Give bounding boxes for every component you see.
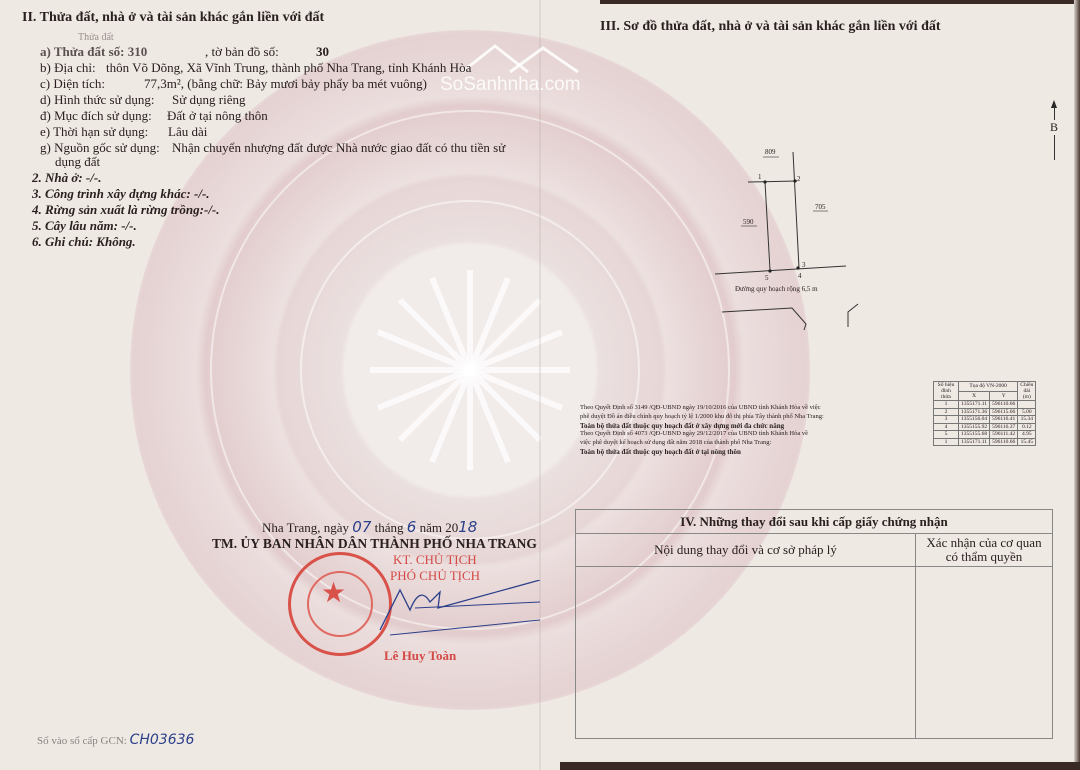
item-planted-forest: 4. Rừng sản xuất là rừng trồng:-/-. (32, 202, 220, 218)
land-use-certificate-page: SoSanhnha.com II. Thửa đất, nhà ở và tài… (0, 0, 1080, 770)
col-authority-confirmation: Xác nhận của cơ quan có thẩm quyền (916, 534, 1053, 567)
col-coords: Tọa độ VN-2000 (959, 382, 1018, 392)
map-sheet-value: 30 (316, 44, 329, 60)
parcel-sketch (700, 140, 880, 340)
table-row: 21355171.36596115.665.00 (934, 408, 1036, 416)
item-perennial-trees: 5. Cây lâu năm: -/-. (32, 218, 137, 234)
usage-term-label: e) Thời hạn sử dụng: (40, 124, 148, 140)
signer-name: Lê Huy Toàn (384, 648, 456, 664)
faint-label: Thửa đất (78, 32, 114, 43)
col-vertex: Số hiệu đỉnh thửa (934, 382, 959, 401)
road-label: Đường quy hoạch rộng 6,5 m (735, 285, 818, 293)
handwritten-signature (370, 580, 540, 640)
address-label: b) Địa chỉ: (40, 60, 96, 76)
table-row: 31355156.04596116.4115.34 (934, 416, 1036, 424)
parcel-number: a) Thửa đất số: 310 (40, 44, 147, 60)
col-length: Chiều dài (m) (1018, 382, 1036, 401)
confirmation-cell (916, 567, 1053, 739)
section-3-title: III. Sơ đồ thửa đất, nhà ở và tài sản kh… (600, 19, 941, 35)
section-2-title: II. Thửa đất, nhà ở và tài sản khác gắn … (22, 10, 324, 26)
month-handwritten: 6 (407, 518, 417, 536)
neighbor-parcel-809: 809 (765, 148, 776, 156)
usage-purpose-value: Đất ở tại nông thôn (167, 108, 268, 124)
note-line-bold: Toàn bộ thửa đất thuộc quy hoạch đất ở x… (580, 422, 840, 431)
note-line: Theo Quyết Định số 4073 /QĐ-UBND ngày 29… (580, 430, 840, 439)
north-label: B (1050, 120, 1058, 135)
issue-date: Nha Trang, ngày 07 tháng 6 năm 2018 (262, 518, 477, 536)
changes-table: IV. Những thay đổi sau khi cấp giấy chứn… (575, 509, 1053, 739)
registry-number: Số vào sổ cấp GCN: CH03636 (37, 732, 194, 748)
photo-edge-right (1074, 0, 1080, 770)
table-row: 41355155.92596116.370.12 (934, 423, 1036, 431)
change-content-cell (576, 567, 916, 739)
note-line: việc phê duyệt kế hoạch sử dụng đất năm … (580, 439, 840, 448)
registry-number-handwritten: CH03636 (130, 732, 195, 748)
table-row: 51355155.68596111.424.95 (934, 431, 1036, 439)
area-value: 77,3m², (bằng chữ: Bảy mươi bảy phẩy ba … (144, 76, 427, 92)
note-line: Theo Quyết Định số 3149 /QĐ-UBND ngày 19… (580, 404, 840, 413)
usage-form-value: Sử dụng riêng (172, 92, 246, 108)
vertex-4: 4 (798, 272, 802, 280)
table-row: 11355171.11596110.6615.45 (934, 438, 1036, 446)
usage-form-label: d) Hình thức sử dụng: (40, 92, 154, 108)
vertex-2: 2 (797, 175, 801, 183)
coordinate-table: Số hiệu đỉnh thửa Tọa độ VN-2000 Chiều d… (933, 381, 1036, 446)
vertex-3: 3 (802, 261, 806, 269)
north-arrow: B (1050, 100, 1060, 160)
page-fold (539, 0, 541, 770)
col-x: X (959, 391, 990, 401)
item-other-construction: 3. Công trình xây dựng khác: -/-. (32, 186, 210, 202)
area-label: c) Diện tích: (40, 76, 105, 92)
neighbor-parcel-705: 705 (815, 203, 826, 211)
map-sheet-label: , tờ bản đồ số: (205, 44, 279, 60)
vertex-1: 1 (758, 173, 762, 181)
note-line-bold: Toàn bộ thửa đất thuộc quy hoạch đất ở t… (580, 448, 840, 457)
usage-term-value: Lâu dài (168, 124, 207, 140)
usage-purpose-label: đ) Mục đích sử dụng: (40, 108, 152, 124)
section-4-title: IV. Những thay đổi sau khi cấp giấy chứn… (576, 510, 1053, 534)
photo-edge-top (600, 0, 1080, 4)
photo-edge-bottom (560, 762, 1080, 770)
year-handwritten: 18 (458, 518, 477, 536)
watermark-name: SoSanhnha.com (440, 74, 581, 96)
day-handwritten: 07 (352, 518, 371, 536)
item-note: 6. Ghi chú: Không. (32, 234, 136, 250)
seal-star-icon: ★ (321, 579, 346, 609)
address-value: thôn Võ Dõng, Xã Vĩnh Trung, thành phố N… (106, 60, 471, 76)
issuing-authority: TM. ỦY BAN NHÂN DÂN THÀNH PHỐ NHA TRANG (212, 536, 537, 552)
origin-value: Nhận chuyển nhượng đất được Nhà nước gia… (172, 140, 505, 156)
col-y: Y (990, 391, 1018, 401)
note-line: phê duyệt Đồ án điều chỉnh quy hoạch tỷ … (580, 413, 840, 422)
registry-label: Số vào sổ cấp GCN: (37, 735, 127, 747)
col-change-content: Nội dung thay đổi và cơ sở pháp lý (576, 534, 916, 567)
item-house: 2. Nhà ở: -/-. (32, 170, 101, 186)
origin-value-cont: dụng đất (55, 154, 100, 170)
signer-role-1: KT. CHỦ TỊCH (393, 552, 477, 568)
table-row: 11355171.11596110.66 (934, 401, 1036, 409)
neighbor-parcel-590: 590 (743, 218, 754, 226)
planning-notes: Theo Quyết Định số 3149 /QĐ-UBND ngày 19… (580, 404, 840, 457)
vertex-5: 5 (765, 274, 769, 282)
